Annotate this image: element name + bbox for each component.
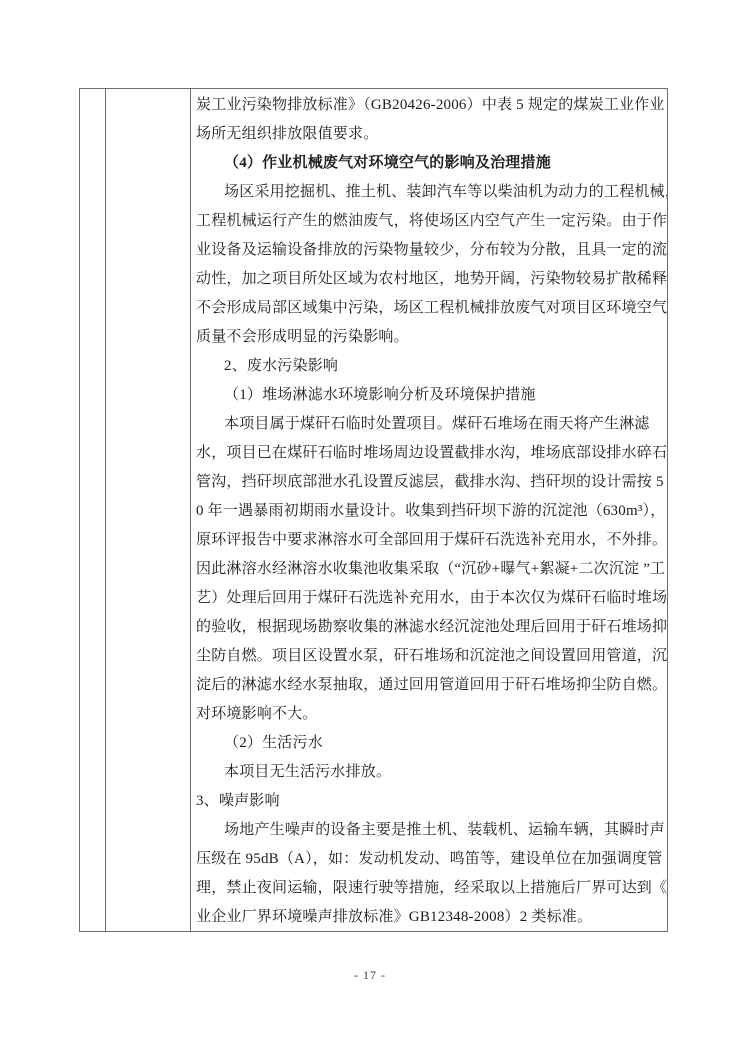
text-line: 炭工业污染物排放标准》（GB20426-2006）中表 5 规定的煤炭工业作业	[196, 91, 662, 120]
text-line: （4）作业机械废气对环境空气的影响及治理措施	[196, 149, 662, 178]
text-line: 动性，加之项目所处区域为农村地区，地势开阔，污染物较易扩散稀释，	[196, 265, 662, 294]
text-line: 艺）处理后回用于煤矸石洗选补充用水，由于本次仅为煤矸石临时堆场	[196, 584, 662, 613]
content-table: 炭工业污染物排放标准》（GB20426-2006）中表 5 规定的煤炭工业作业场…	[79, 88, 668, 932]
text-line: 场所无组织排放限值要求。	[196, 120, 662, 149]
table-left-spacer-column	[80, 89, 106, 931]
text-line: 压级在 95dB（A），如：发动机发动、鸣笛等，建设单位在加强调度管	[196, 845, 662, 874]
text-lines-container: 炭工业污染物排放标准》（GB20426-2006）中表 5 规定的煤炭工业作业场…	[196, 91, 662, 931]
text-line: 业设备及运输设备排放的污染物量较少，分布较为分散，且具一定的流	[196, 236, 662, 265]
text-line: 场地产生噪声的设备主要是推土机、装载机、运输车辆，其瞬时声	[196, 816, 662, 845]
text-line: 对环境影响不大。	[196, 700, 662, 729]
text-line: 本项目属于煤矸石临时处置项目。煤矸石堆场在雨天将产生淋滤	[196, 410, 662, 439]
text-line: 的验收，根据现场勘察收集的淋滤水经沉淀池处理后回用于矸石堆场抑	[196, 613, 662, 642]
text-line: 质量不会形成明显的污染影响。	[196, 323, 662, 352]
text-line: （1）堆场淋滤水环境影响分析及环境保护措施	[196, 381, 662, 410]
text-line: （2）生活污水	[196, 729, 662, 758]
text-line: 尘防自燃。项目区设置水泵，矸石堆场和沉淀池之间设置回用管道，沉	[196, 642, 662, 671]
text-line: 0 年一遇暴雨初期雨水量设计。收集到挡矸坝下游的沉淀池（630m³），	[196, 497, 662, 526]
text-line: 管沟，挡矸坝底部泄水孔设置反滤层，截排水沟、挡矸坝的设计需按 5	[196, 468, 662, 497]
page-number: - 17 -	[0, 968, 740, 983]
text-line: 不会形成局部区域集中污染，场区工程机械排放废气对项目区环境空气	[196, 294, 662, 323]
table-row-label-column	[106, 89, 191, 931]
text-line: 理，禁止夜间运输，限速行驶等措施，经采取以上措施后厂界可达到《工	[196, 874, 662, 903]
text-line: 工程机械运行产生的燃油废气，将使场区内空气产生一定污染。由于作	[196, 207, 662, 236]
text-line: 业企业厂界环境噪声排放标准》GB12348-2008）2 类标准。	[196, 903, 662, 931]
text-line: 水，项目已在煤矸石临时堆场周边设置截排水沟，堆场底部设排水碎石	[196, 439, 662, 468]
text-line: 原环评报告中要求淋溶水可全部回用于煤矸石洗选补充用水，不外排。	[196, 526, 662, 555]
text-line: 2、废水污染影响	[196, 352, 662, 381]
text-line: 因此淋溶水经淋溶水收集池收集采取（“沉砂+曝气+絮凝+二次沉淀 ”工	[196, 555, 662, 584]
text-line: 3、噪声影响	[196, 787, 662, 816]
table-content-cell: 炭工业污染物排放标准》（GB20426-2006）中表 5 规定的煤炭工业作业场…	[191, 89, 667, 931]
text-line: 本项目无生活污水排放。	[196, 758, 662, 787]
document-page: 炭工业污染物排放标准》（GB20426-2006）中表 5 规定的煤炭工业作业场…	[0, 0, 740, 1046]
text-line: 场区采用挖掘机、推土机、装卸汽车等以柴油机为动力的工程机械，	[196, 178, 662, 207]
text-line: 淀后的淋滤水经水泵抽取，通过回用管道回用于矸石堆场抑尘防自燃。	[196, 671, 662, 700]
